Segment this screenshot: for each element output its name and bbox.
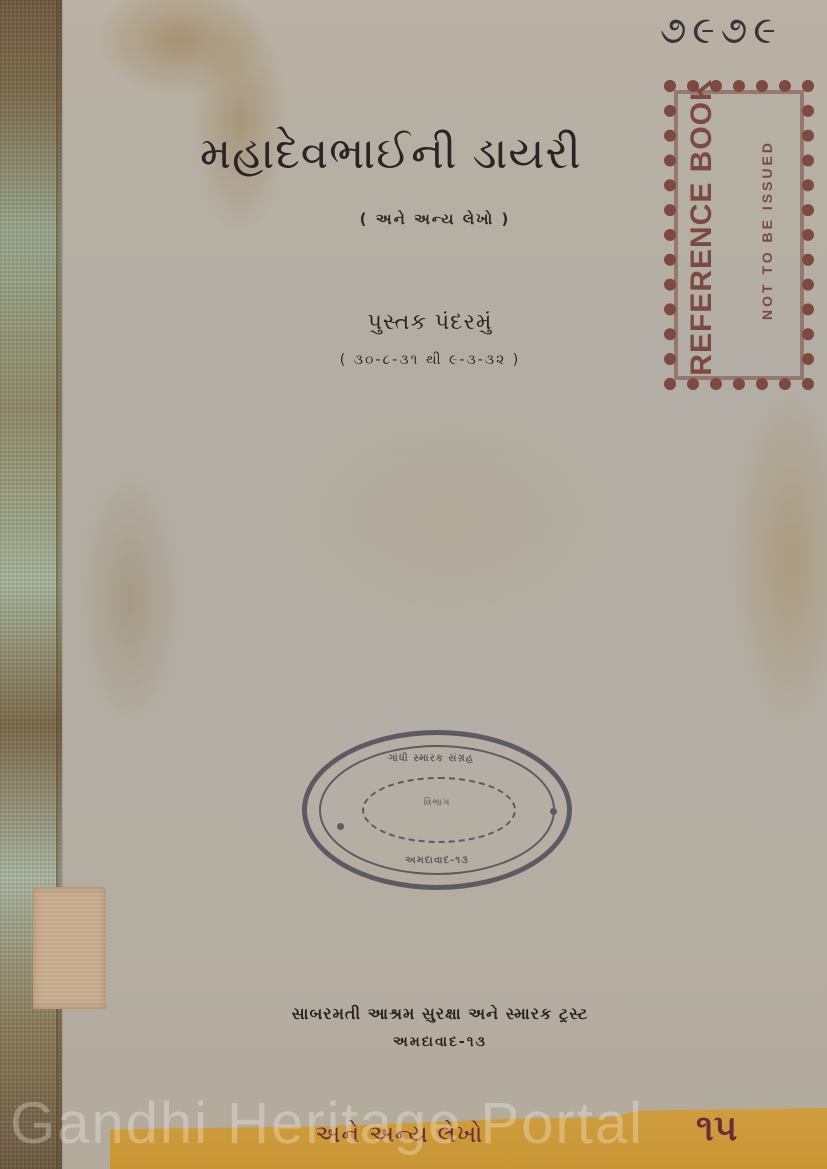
date-range: ( ૩૦-૮-૩૧ થી ૯-૩-૩૨ ) [300,352,560,368]
book-subtitle: ( અને અન્ય લેખો ) [200,210,670,228]
handwritten-accession-number: ૭૯૭૯ [658,8,783,53]
stamp-center-text: વિભાગ [307,798,567,808]
publisher-city: અમદાવાદ-૧૩ [200,1034,680,1050]
stamp-dot-icon [337,823,344,830]
not-to-be-issued-text: NOT TO BE ISSUED [752,90,782,370]
publisher-name: સાબરમતી આશ્રમ સુરક્ષા અને સ્મારક ટ્રસ્ટ [200,1004,680,1024]
stamp-top-text: ગાંધી સ્મારક સંગ્રહ [301,753,561,764]
paper-label-patch [33,887,106,1009]
reference-book-stamp-text: REFERENCE BOOK [672,77,732,377]
stamp-bottom-text: અમદાવાદ-૧૩ [307,855,567,866]
library-oval-stamp: ગાંધી સ્મારક સંગ્રહ વિભાગ અમદાવાદ-૧૩ [302,730,572,890]
book-title: મહાદેવભાઈની ડાયરી [200,128,670,179]
volume-label: પુસ્તક પંદરમું [300,310,560,335]
stamp-dot-icon [550,808,557,815]
stamp-center-oval [362,777,516,843]
watermark: Gandhi Heritage Portal [10,1090,827,1157]
